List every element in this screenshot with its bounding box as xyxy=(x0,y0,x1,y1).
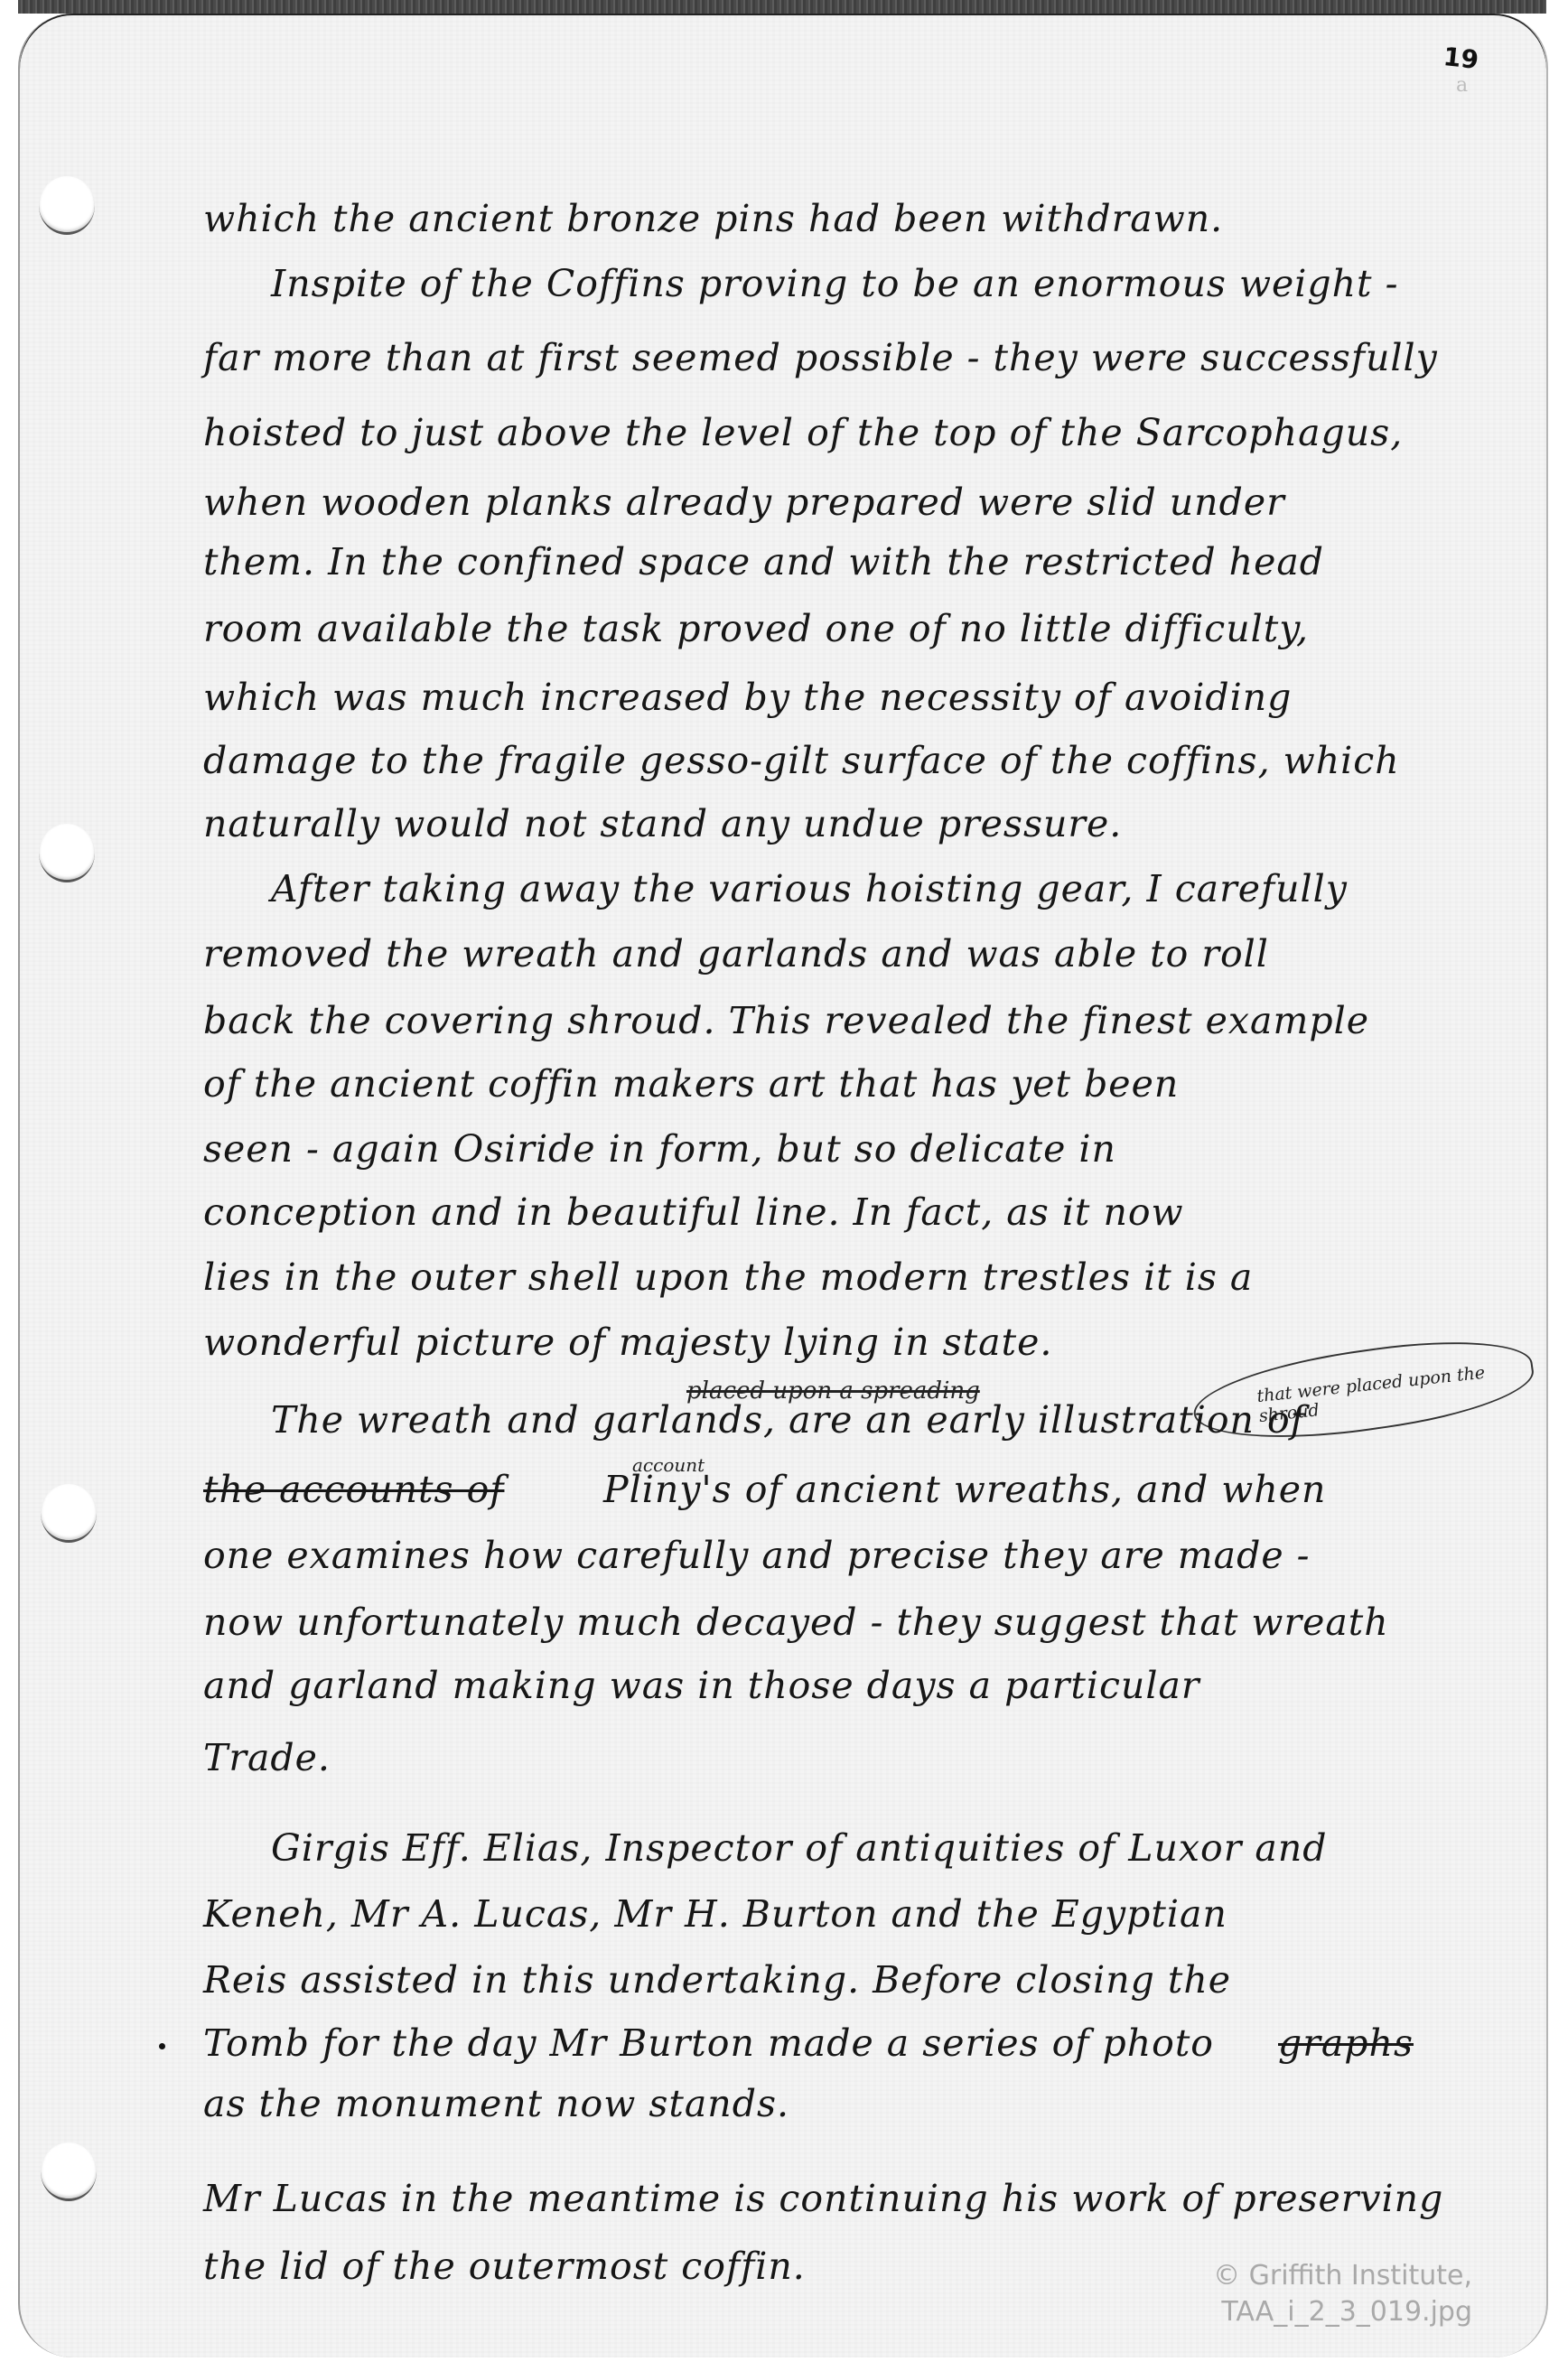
ink-dot xyxy=(159,2043,165,2049)
text-line: seen - again Osiride in form, but so del… xyxy=(203,1127,1116,1171)
scanner-top-band xyxy=(18,0,1546,14)
watermark: © Griffith Institute, TAA_i_2_3_019.jpg xyxy=(1165,2258,1472,2330)
text-line: The wreath and garlands, are an early il… xyxy=(271,1398,1305,1442)
text-line: hoisted to just above the level of the t… xyxy=(203,411,1403,454)
text-line: far more than at first seemed possible -… xyxy=(203,336,1438,379)
struck-text: the accounts of xyxy=(203,1468,504,1511)
watermark-filename: TAA_i_2_3_019.jpg xyxy=(1165,2294,1472,2330)
binder-hole xyxy=(41,1484,97,1543)
text-line: back the covering shroud. This revealed … xyxy=(203,999,1369,1042)
text-line: Mr Lucas in the meantime is continuing h… xyxy=(203,2177,1443,2220)
text-line: Pliny's of ancient wreaths, and when xyxy=(603,1468,1326,1511)
text-line: lies in the outer shell upon the modern … xyxy=(203,1256,1253,1299)
text-line: which the ancient bronze pins had been w… xyxy=(203,197,1223,240)
text-line: room available the task proved one of no… xyxy=(203,607,1309,650)
text-line: naturally would not stand any undue pres… xyxy=(203,802,1122,845)
text-line: as the monument now stands. xyxy=(203,2082,789,2125)
watermark-copyright: © Griffith Institute, xyxy=(1165,2258,1472,2294)
text-line: conception and in beautiful line. In fac… xyxy=(203,1190,1184,1234)
text-line: them. In the confined space and with the… xyxy=(203,540,1324,583)
text-line: the lid of the outermost coffin. xyxy=(203,2245,806,2288)
pencil-mark: a xyxy=(1456,74,1468,97)
text-line: Girgis Eff. Elias, Inspector of antiquit… xyxy=(271,1826,1327,1870)
text-line: of the ancient coffin makers art that ha… xyxy=(203,1062,1179,1106)
struck-text: graphs xyxy=(1278,2021,1414,2065)
binder-hole xyxy=(39,824,95,882)
text-line: which was much increased by the necessit… xyxy=(203,676,1292,719)
binder-hole xyxy=(41,2142,97,2201)
text-line: and garland making was in those days a p… xyxy=(203,1664,1200,1707)
text-line: one examines how carefully and precise t… xyxy=(203,1534,1310,1577)
text-line: now unfortunately much decayed - they su… xyxy=(203,1601,1389,1644)
text-line: Inspite of the Coffins proving to be an … xyxy=(271,262,1398,305)
text-line: damage to the fragile gesso-gilt surface… xyxy=(203,739,1400,782)
binder-hole xyxy=(39,176,95,235)
text-line: Tomb for the day Mr Burton made a series… xyxy=(203,2021,1214,2065)
text-line: wonderful picture of majesty lying in st… xyxy=(203,1321,1052,1364)
text-line: After taking away the various hoisting g… xyxy=(271,867,1348,910)
text-line: Trade. xyxy=(203,1736,331,1779)
page-number: 19 xyxy=(1442,42,1479,75)
text-line: removed the wreath and garlands and was … xyxy=(203,932,1269,975)
text-line: Reis assisted in this undertaking. Befor… xyxy=(203,1958,1231,2002)
text-line: when wooden planks already prepared were… xyxy=(203,481,1285,524)
text-line: Keneh, Mr A. Lucas, Mr H. Burton and the… xyxy=(203,1892,1227,1936)
